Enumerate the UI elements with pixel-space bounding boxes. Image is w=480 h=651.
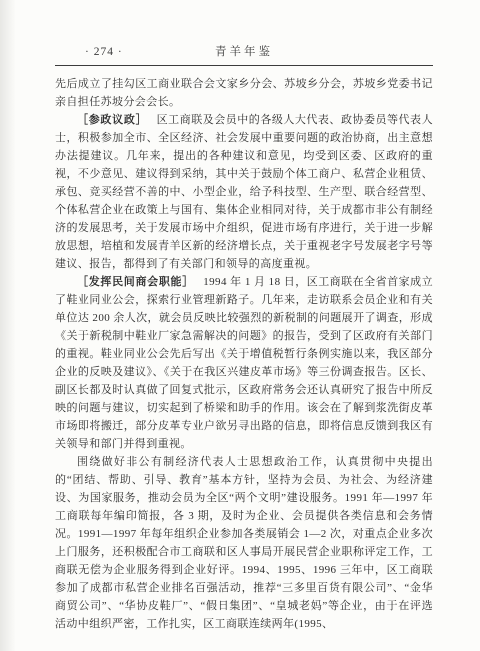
paragraph: 先后成立了挂勾区工商业联合会文家乡分会、苏坡乡分会，苏坡乡党委书记亲自担任苏坡分… <box>55 75 433 111</box>
page-number: · 274 · <box>85 44 123 60</box>
text-block: 先后成立了挂勾区工商业联合会文家乡分会、苏坡乡分会，苏坡乡党委书记亲自担任苏坡分… <box>55 75 433 633</box>
entry-heading: ［参政议政］ <box>77 114 147 126</box>
paragraph: ［发挥民间商会职能］1994 年 1 月 18 日，区工商联在全省首家成立了鞋业… <box>55 273 433 453</box>
paragraph: ［参政议政］区工商联及会员中的各级人大代表、政协委员等代表人士，积极参加全市、全… <box>55 111 433 273</box>
paragraph: 围绕做好非公有制经济代表人士思想政治工作，认真贯彻中央提出的“团结、帮助、引导、… <box>55 453 433 633</box>
scanned-book-page: · 274 · 青羊年鉴 先后成立了挂勾区工商业联合会文家乡分会、苏坡乡分会，苏… <box>0 0 480 633</box>
entry-heading: ［发挥民间商会职能］ <box>77 276 194 288</box>
header-rule <box>55 65 433 66</box>
running-head: · 274 · 青羊年鉴 <box>55 44 433 60</box>
